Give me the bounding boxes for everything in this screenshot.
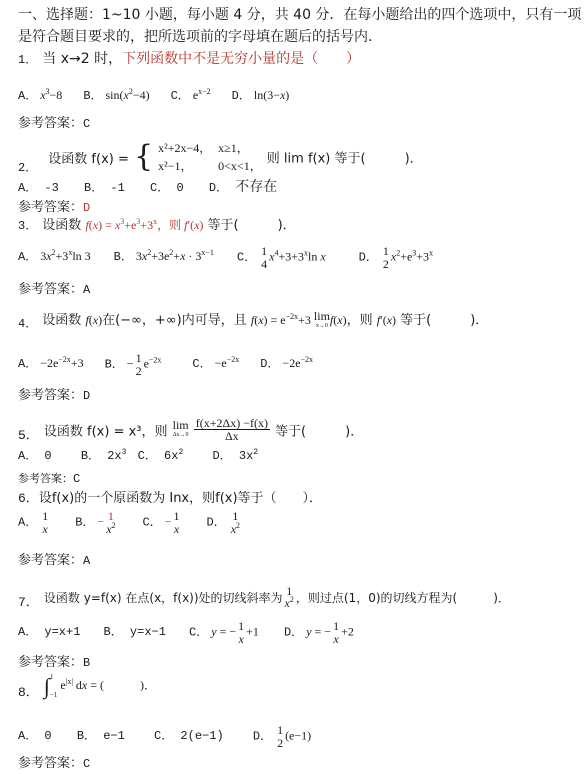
answer-value: C	[73, 472, 80, 486]
answer-label: 参考答案：	[18, 553, 83, 568]
answer-6: 参考答案：A	[18, 549, 90, 568]
option-c[interactable]: C． 0	[150, 178, 184, 195]
question-stem-prefix: 设函数 f(x) = x³，则	[44, 424, 168, 439]
option-c[interactable]: C． 6x2	[138, 446, 184, 463]
question-stem-prefix: 当 x→2 时，	[42, 51, 122, 67]
answer-5: 参考答案：C	[18, 467, 80, 486]
answer-value: D	[83, 201, 90, 215]
question-8-options: A． 0 B． e−1 C． 2(e−1) D． 12(e−1)	[18, 724, 329, 749]
option-a[interactable]: A． -3	[18, 178, 59, 195]
question-stem-suffix: 则 lim f(x) 等于( )．	[267, 152, 423, 167]
answer-1: 参考答案：C	[18, 112, 90, 131]
option-b[interactable]: B． 3x2+3e2+x · 3x−1	[114, 247, 214, 264]
answer-label: 参考答案：	[18, 655, 83, 670]
option-a[interactable]: A． −2e−2x+3	[18, 354, 84, 371]
answer-label: 参考答案：	[18, 116, 83, 131]
question-number: 1．	[18, 53, 37, 67]
question-4: 4． 设函数 f(x)在(−∞，+∞)内可导，且 f(x) = e−2x+3 l…	[18, 306, 488, 331]
question-1: 1． 当 x→2 时，下列函数中不是无穷小量的是（ ）	[18, 48, 360, 68]
option-b[interactable]: B． −1x2	[75, 510, 117, 535]
answer-3: 参考答案：A	[18, 278, 90, 297]
answer-value: C	[83, 117, 90, 131]
question-number: 3．	[18, 219, 37, 233]
question-stem-suffix: 等于( )．	[275, 424, 363, 439]
question-1-options: A． x3−8 B． sin(x2−4) C． ex−2 D． ln(3−x)	[18, 86, 307, 103]
question-stem-suffix: ，则过点(1，0)的切线方程为( )．	[296, 591, 510, 605]
answer-7: 参考答案：B	[18, 651, 90, 670]
question-stem: 下列函数中不是无穷小量的是（ ）	[122, 51, 360, 67]
answer-label: 参考答案：	[18, 388, 83, 403]
option-c[interactable]: C． 2(e−1)	[154, 726, 224, 743]
answer-2: 参考答案：D	[18, 196, 90, 215]
option-c[interactable]: C． y = −1x+1	[189, 620, 259, 645]
option-b[interactable]: B． sin(x2−4)	[83, 86, 149, 103]
answer-label: 参考答案：	[18, 282, 83, 297]
answer-label: 参考答案：	[18, 472, 73, 485]
option-a[interactable]: A． y=x+1	[18, 622, 80, 639]
answer-label: 参考答案：	[18, 200, 83, 215]
question-5-options: A． 0 B． 2x3 C． 6x2 D． 3x2	[18, 446, 276, 463]
option-c[interactable]: C． 14x4+3+3xln x	[237, 245, 326, 270]
question-stem-prefix: 设函数 f(x) =	[48, 152, 129, 167]
question-4-options: A． −2e−2x+3 B． −12e−2x C． −e−2x D． −2e−2…	[18, 352, 331, 377]
question-7: 7． 设函数 y=f(x) 在点(x，f(x))处的切线斜率为1x2，则过点(1…	[18, 573, 510, 610]
answer-value: C	[83, 757, 90, 771]
answer-value: B	[83, 656, 90, 670]
slope-fraction: 1x2	[283, 585, 296, 610]
option-a[interactable]: A． x3−8	[18, 86, 62, 103]
option-b[interactable]: B． e−1	[77, 726, 125, 743]
question-2: 2． 设函数 f(x) = { x²+2x−4，x≥1， x²−1，0<x<1，…	[18, 132, 423, 175]
question-number: 2．	[18, 158, 37, 175]
answer-value: A	[83, 554, 90, 568]
option-d[interactable]: D． −2e−2x	[260, 354, 313, 371]
option-a[interactable]: A． 3x2+3xln 3	[18, 247, 91, 264]
answer-value: A	[83, 283, 90, 297]
question-stem: 设f(x)的一个原函数为 Inx，则f(x)等于（ ）．	[39, 491, 322, 506]
question-3: 3． 设函数 f(x) = x3+e3+3x，则 f′(x) 等于( )．	[18, 214, 296, 233]
answer-value: D	[83, 389, 90, 403]
option-d[interactable]: D． 不存在	[209, 176, 277, 196]
answer-8: 参考答案：C	[18, 752, 90, 771]
option-b[interactable]: B． -1	[84, 178, 125, 195]
difference-quotient: f(x+2Δx) −f(x)Δx	[194, 417, 270, 443]
option-d[interactable]: D． y = −1x+2	[284, 620, 354, 645]
option-a[interactable]: A． 0	[18, 726, 52, 743]
option-d[interactable]: D． 3x2	[212, 446, 258, 463]
question-6: 6．设f(x)的一个原函数为 Inx，则f(x)等于（ ）．	[18, 487, 322, 506]
question-6-options: A． 1x B． −1x2 C． −1x D． 1x2	[18, 510, 260, 535]
question-2-options: A． -3 B． -1 C． 0 D． 不存在	[18, 176, 295, 196]
option-d[interactable]: D． 1x2	[207, 510, 243, 535]
option-c[interactable]: C． ex−2	[171, 86, 211, 103]
question-8: 8． ∫1−1 e|x| dx = ( )．	[18, 672, 156, 700]
answer-label: 参考答案：	[18, 756, 83, 771]
section-header-line2: 是符合题目要求的，把所选项前的字母填在题后的括号内．	[18, 26, 382, 46]
option-d[interactable]: D． 12x2+e3+3x	[359, 245, 433, 270]
question-number: 7．	[18, 591, 39, 610]
option-d[interactable]: D． ln(3−x)	[232, 86, 290, 103]
question-number: 8．	[18, 685, 39, 700]
option-c[interactable]: C． −e−2x	[192, 354, 239, 371]
question-5: 5． 设函数 f(x) = x³，则 limΔx→0 f(x+2Δx) −f(x…	[18, 402, 363, 443]
question-number: 4．	[18, 314, 37, 331]
question-stem-prefix: 设函数 y=f(x) 在点(x，f(x))处的切线斜率为	[44, 591, 283, 605]
question-7-options: A． y=x+1 B． y=x−1 C． y = −1x+1 D． y = −1…	[18, 620, 372, 645]
option-a[interactable]: A． 1x	[18, 510, 50, 535]
integral-expression: ∫1−1 e|x| dx = ( )．	[44, 678, 156, 692]
question-number: 5．	[18, 424, 39, 443]
option-d[interactable]: D． 12(e−1)	[253, 724, 311, 749]
option-b[interactable]: B． −12e−2x	[105, 352, 162, 377]
option-c[interactable]: C． −1x	[143, 510, 182, 535]
option-a[interactable]: A． 0	[18, 446, 52, 463]
answer-4: 参考答案：D	[18, 384, 90, 403]
question-3-options: A． 3x2+3xln 3 B． 3x2+3e2+x · 3x−1 C． 14x…	[18, 245, 451, 270]
option-b[interactable]: B． 2x3	[81, 446, 127, 463]
question-number: 6．	[18, 491, 39, 506]
section-header-line1: 一、选择题：1~10 小题，每小题 4 分，共 40 分．在每小题给出的四个选项…	[18, 4, 581, 24]
option-b[interactable]: B． y=x−1	[104, 622, 166, 639]
piecewise-cases: x²+2x−4，x≥1， x²−1，0<x<1，	[158, 139, 262, 175]
